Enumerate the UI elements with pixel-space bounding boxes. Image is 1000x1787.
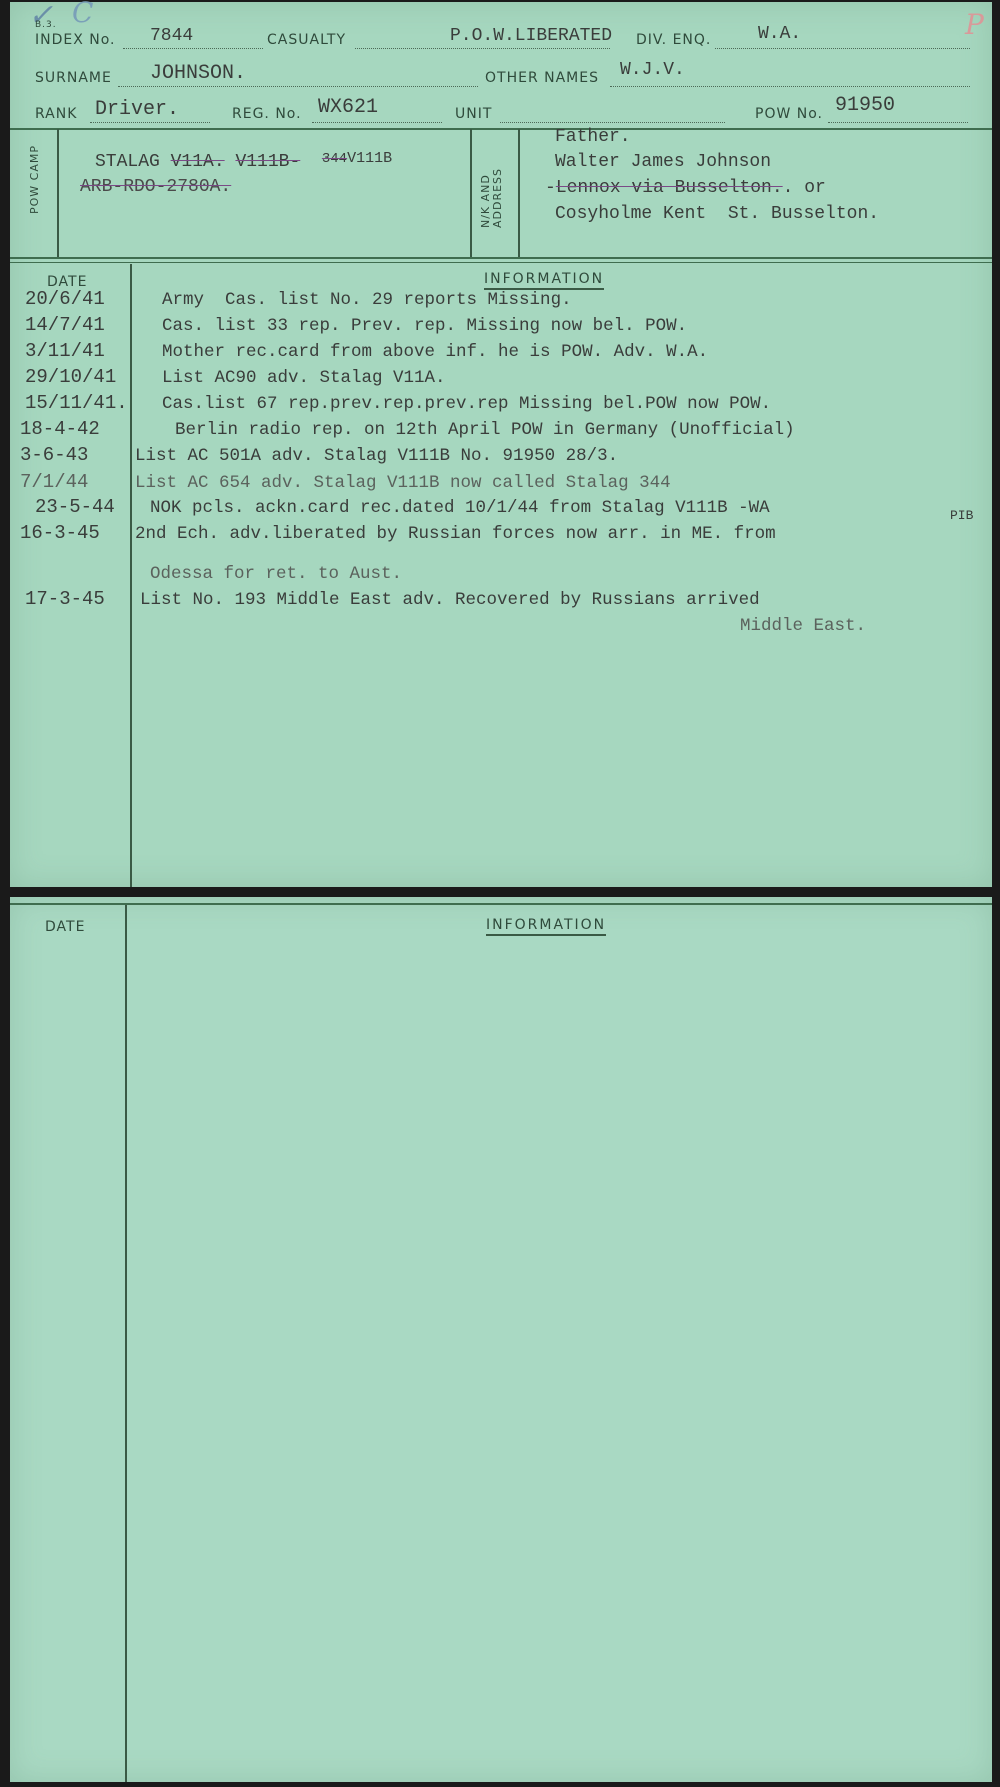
- row-date: 3/11/41: [25, 340, 105, 362]
- nok-address-old: -Lennox via Busselton.. or: [545, 178, 826, 198]
- back-information-header: INFORMATION: [486, 917, 606, 936]
- pencil-mark-p: P: [965, 8, 984, 41]
- row-date: 29/10/41: [25, 366, 116, 388]
- pow-camp-line2: ARB-RDO-2780A.: [80, 177, 231, 197]
- row-date: 16-3-45: [20, 522, 100, 544]
- div-enq-value: W.A.: [758, 24, 801, 44]
- record-card-front: ✓ C P B.3. INDEX No. 7844 CASUALTY P.O.W…: [10, 2, 992, 887]
- nok-relation: Father.: [555, 127, 631, 147]
- form-code: B.3.: [35, 20, 57, 30]
- nok-address-current: Cosyholme Kent St. Busselton.: [555, 204, 879, 224]
- row-information: Cas. list 33 rep. Prev. rep. Missing now…: [162, 316, 687, 336]
- record-card-back: DATE INFORMATION: [10, 897, 992, 1782]
- row-information: List No. 193 Middle East adv. Recovered …: [140, 590, 760, 610]
- pencil-mark-c: C: [72, 0, 93, 29]
- row-date: 15/11/41.: [25, 392, 128, 414]
- row-information: List AC90 adv. Stalag V11A.: [162, 368, 446, 388]
- row-date: 7/1/44: [20, 471, 88, 493]
- row-information: 2nd Ech. adv.liberated by Russian forces…: [135, 524, 776, 544]
- table-column-divider: [130, 264, 132, 887]
- divider-top: [10, 128, 992, 130]
- div-enq-label: DIV. ENQ.: [636, 32, 711, 48]
- pow-no-value: 91950: [835, 94, 895, 117]
- row-date: 18-4-42: [20, 418, 100, 440]
- surname-label: SURNAME: [35, 70, 112, 86]
- other-names-value: W.J.V.: [620, 60, 685, 80]
- row-information: Odessa for ret. to Aust.: [150, 564, 402, 584]
- pow-camp-line1: STALAG V11A. V111B- 344V111B: [95, 150, 392, 172]
- casualty-value: P.O.W.LIBERATED: [450, 26, 612, 46]
- casualty-label: CASUALTY: [267, 32, 346, 48]
- reg-no-value: WX621: [318, 96, 378, 119]
- pow-no-label: POW No.: [755, 106, 823, 122]
- row-information: Mother rec.card from above inf. he is PO…: [162, 342, 708, 362]
- row-date: 20/6/41: [25, 288, 105, 310]
- row-information: Cas.list 67 rep.prev.rep.prev.rep Missin…: [162, 394, 771, 414]
- row-information: Berlin radio rep. on 12th April POW in G…: [175, 420, 795, 440]
- rank-label: RANK: [35, 106, 77, 122]
- row-note: PIB: [950, 508, 973, 523]
- row-date: 17-3-45: [25, 588, 105, 610]
- row-information: List AC 654 adv. Stalag V111B now called…: [135, 473, 671, 493]
- row-date: 3-6-43: [20, 444, 88, 466]
- index-no-value: 7844: [150, 26, 193, 46]
- reg-no-label: REG. No.: [232, 106, 302, 122]
- row-date: 14/7/41: [25, 314, 105, 336]
- row-information: List AC 501A adv. Stalag V111B No. 91950…: [135, 446, 618, 466]
- row-information: Army Cas. list No. 29 reports Missing.: [162, 290, 572, 310]
- information-header: INFORMATION: [484, 271, 604, 290]
- unit-label: UNIT: [455, 106, 492, 122]
- nok-name: Walter James Johnson: [555, 152, 771, 172]
- other-names-label: OTHER NAMES: [485, 70, 599, 86]
- row-date: 23-5-44: [35, 496, 115, 518]
- row-information: Middle East.: [740, 616, 866, 636]
- back-date-header: DATE: [45, 919, 85, 935]
- rank-value: Driver.: [95, 98, 179, 121]
- row-information: NOK pcls. ackn.card rec.dated 10/1/44 fr…: [150, 498, 770, 518]
- nok-label: N/K ANDADDRESS: [480, 168, 504, 228]
- surname-value: JOHNSON.: [150, 62, 246, 85]
- pow-camp-label: POW CAMP: [28, 145, 41, 214]
- index-no-label: INDEX No.: [35, 32, 116, 48]
